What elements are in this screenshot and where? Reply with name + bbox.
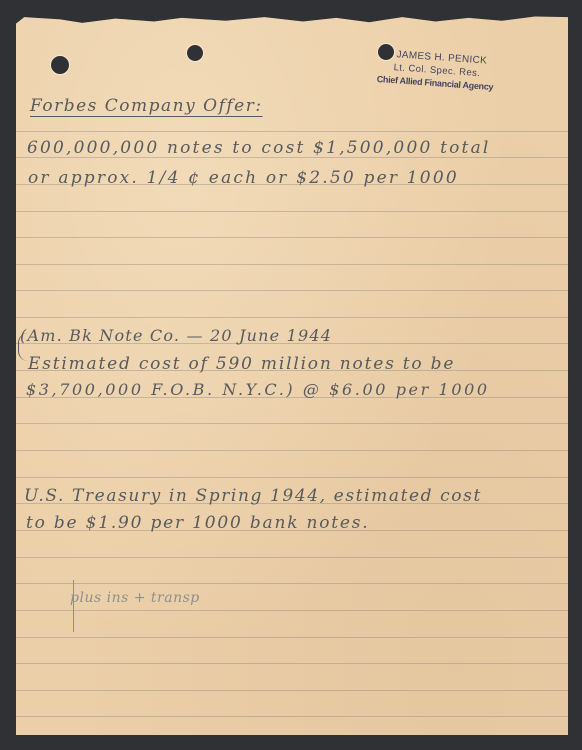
ruled-line bbox=[16, 716, 568, 717]
ruled-line bbox=[16, 610, 568, 611]
pencil-annotation: plus ins + transp bbox=[70, 590, 200, 606]
note-heading: Forbes Company Offer: bbox=[30, 96, 263, 116]
punch-hole bbox=[51, 56, 69, 74]
ruled-line bbox=[16, 557, 568, 558]
ruled-line bbox=[16, 663, 568, 664]
treasury-line-2: to be $1.90 per 1000 bank notes. bbox=[26, 513, 370, 533]
abn-line-1: (Am. Bk Note Co. — 20 June 1944 bbox=[20, 326, 332, 345]
forbes-offer-line-2: or approx. 1/4 ¢ each or $2.50 per 1000 bbox=[28, 168, 459, 188]
forbes-offer-line-1: 600,000,000 notes to cost $1,500,000 tot… bbox=[27, 138, 491, 158]
ruled-line bbox=[16, 477, 568, 478]
ruled-line bbox=[16, 264, 568, 265]
ruled-line bbox=[16, 237, 568, 238]
ruled-line bbox=[16, 131, 568, 132]
abn-line-3: $3,700,000 F.O.B. N.Y.C.) @ $6.00 per 10… bbox=[26, 380, 490, 399]
ruled-line bbox=[16, 583, 568, 584]
ruled-paper-sheet bbox=[16, 15, 568, 735]
ruled-line bbox=[16, 423, 568, 424]
treasury-line-1: U.S. Treasury in Spring 1944, estimated … bbox=[24, 486, 482, 506]
ruled-line bbox=[16, 211, 568, 212]
ruled-line bbox=[16, 290, 568, 291]
ruled-line bbox=[16, 450, 568, 451]
ruled-line bbox=[16, 690, 568, 691]
punch-hole bbox=[187, 45, 203, 61]
abn-line-2: Estimated cost of 590 million notes to b… bbox=[28, 354, 455, 374]
ruled-line bbox=[16, 637, 568, 638]
scanned-document: JAMES H. PENICK Lt. Col. Spec. Res. Chie… bbox=[0, 0, 582, 750]
pencil-margin-mark bbox=[73, 580, 74, 632]
ruled-line bbox=[16, 317, 568, 318]
